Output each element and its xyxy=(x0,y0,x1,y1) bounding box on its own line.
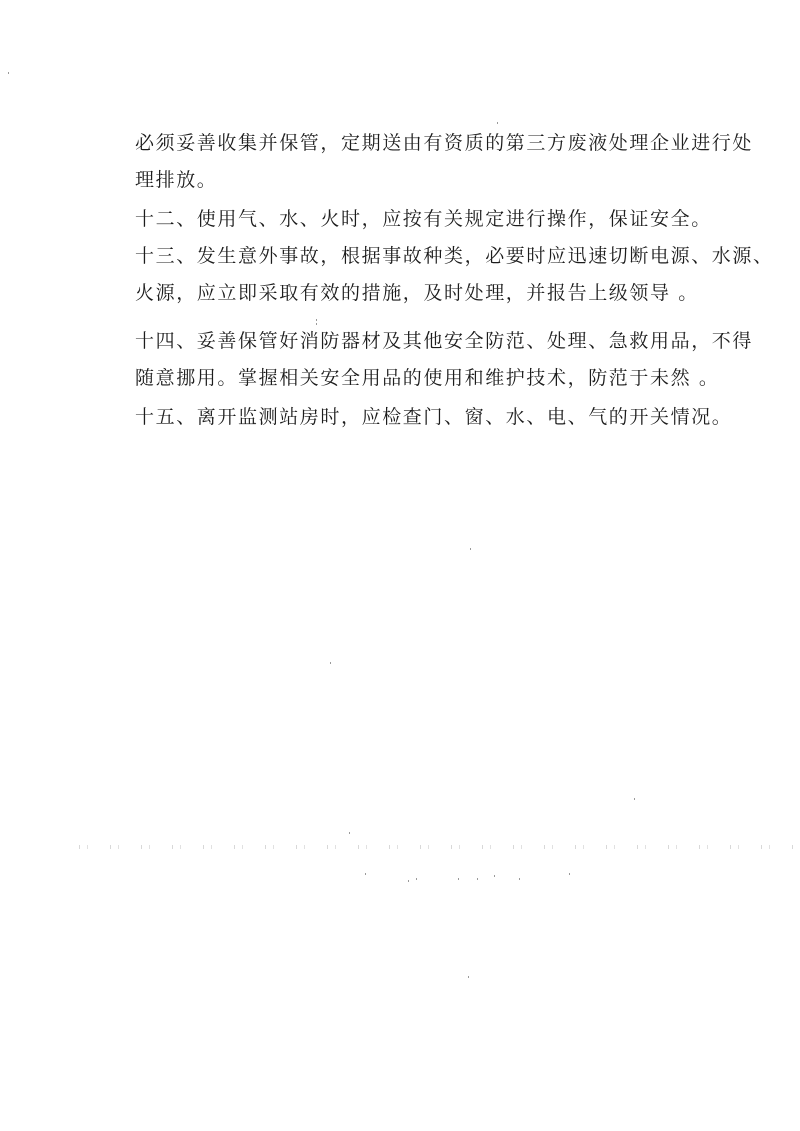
paragraph-line-2: 理排放。 xyxy=(135,168,217,192)
scan-speck xyxy=(470,548,471,550)
scan-speck xyxy=(330,662,331,664)
scan-speck xyxy=(349,832,350,834)
scan-speck xyxy=(519,878,520,880)
item-13-line-2: 火源，应立即采取有效的措施，及时处理，并报告上级领导 。 xyxy=(135,281,699,305)
scan-noise-row xyxy=(70,845,800,849)
paragraph-line-1: 必须妥善收集并保管，定期送由有资质的第三方废液处理企业进行处 xyxy=(135,131,753,155)
scan-speck xyxy=(494,875,495,877)
scan-speck xyxy=(8,72,9,74)
scan-speck xyxy=(316,323,317,325)
item-15-line-1: 十五、离开监测站房时，应检查门、窗、水、电、气的开关情况。 xyxy=(135,405,732,429)
item-12-line-1: 十二、使用气、水、火时，应按有关规定进行操作，保证安全。 xyxy=(135,207,712,231)
scan-speck xyxy=(569,873,570,875)
scan-speck xyxy=(477,878,478,880)
scan-speck xyxy=(408,880,409,882)
scan-speck xyxy=(468,976,469,978)
item-14-line-1: 十四、妥善保管好消防器材及其他安全防范、处理、急救用品，不得 xyxy=(135,329,753,353)
scan-speck xyxy=(316,319,317,321)
item-13-line-1: 十三、发生意外事故，根据事故种类，必要时应迅速切断电源、水源、 xyxy=(135,244,774,268)
scanned-document-page: 必须妥善收集并保管，定期送由有资质的第三方废液处理企业进行处 理排放。 十二、使… xyxy=(0,0,800,1131)
scan-speck xyxy=(458,878,459,880)
scan-speck xyxy=(416,878,417,880)
item-14-line-2: 随意挪用。掌握相关安全用品的使用和维护技术，防范于未然 。 xyxy=(135,366,719,390)
scan-speck xyxy=(365,873,366,875)
scan-speck xyxy=(634,798,635,800)
scan-speck xyxy=(497,122,498,124)
